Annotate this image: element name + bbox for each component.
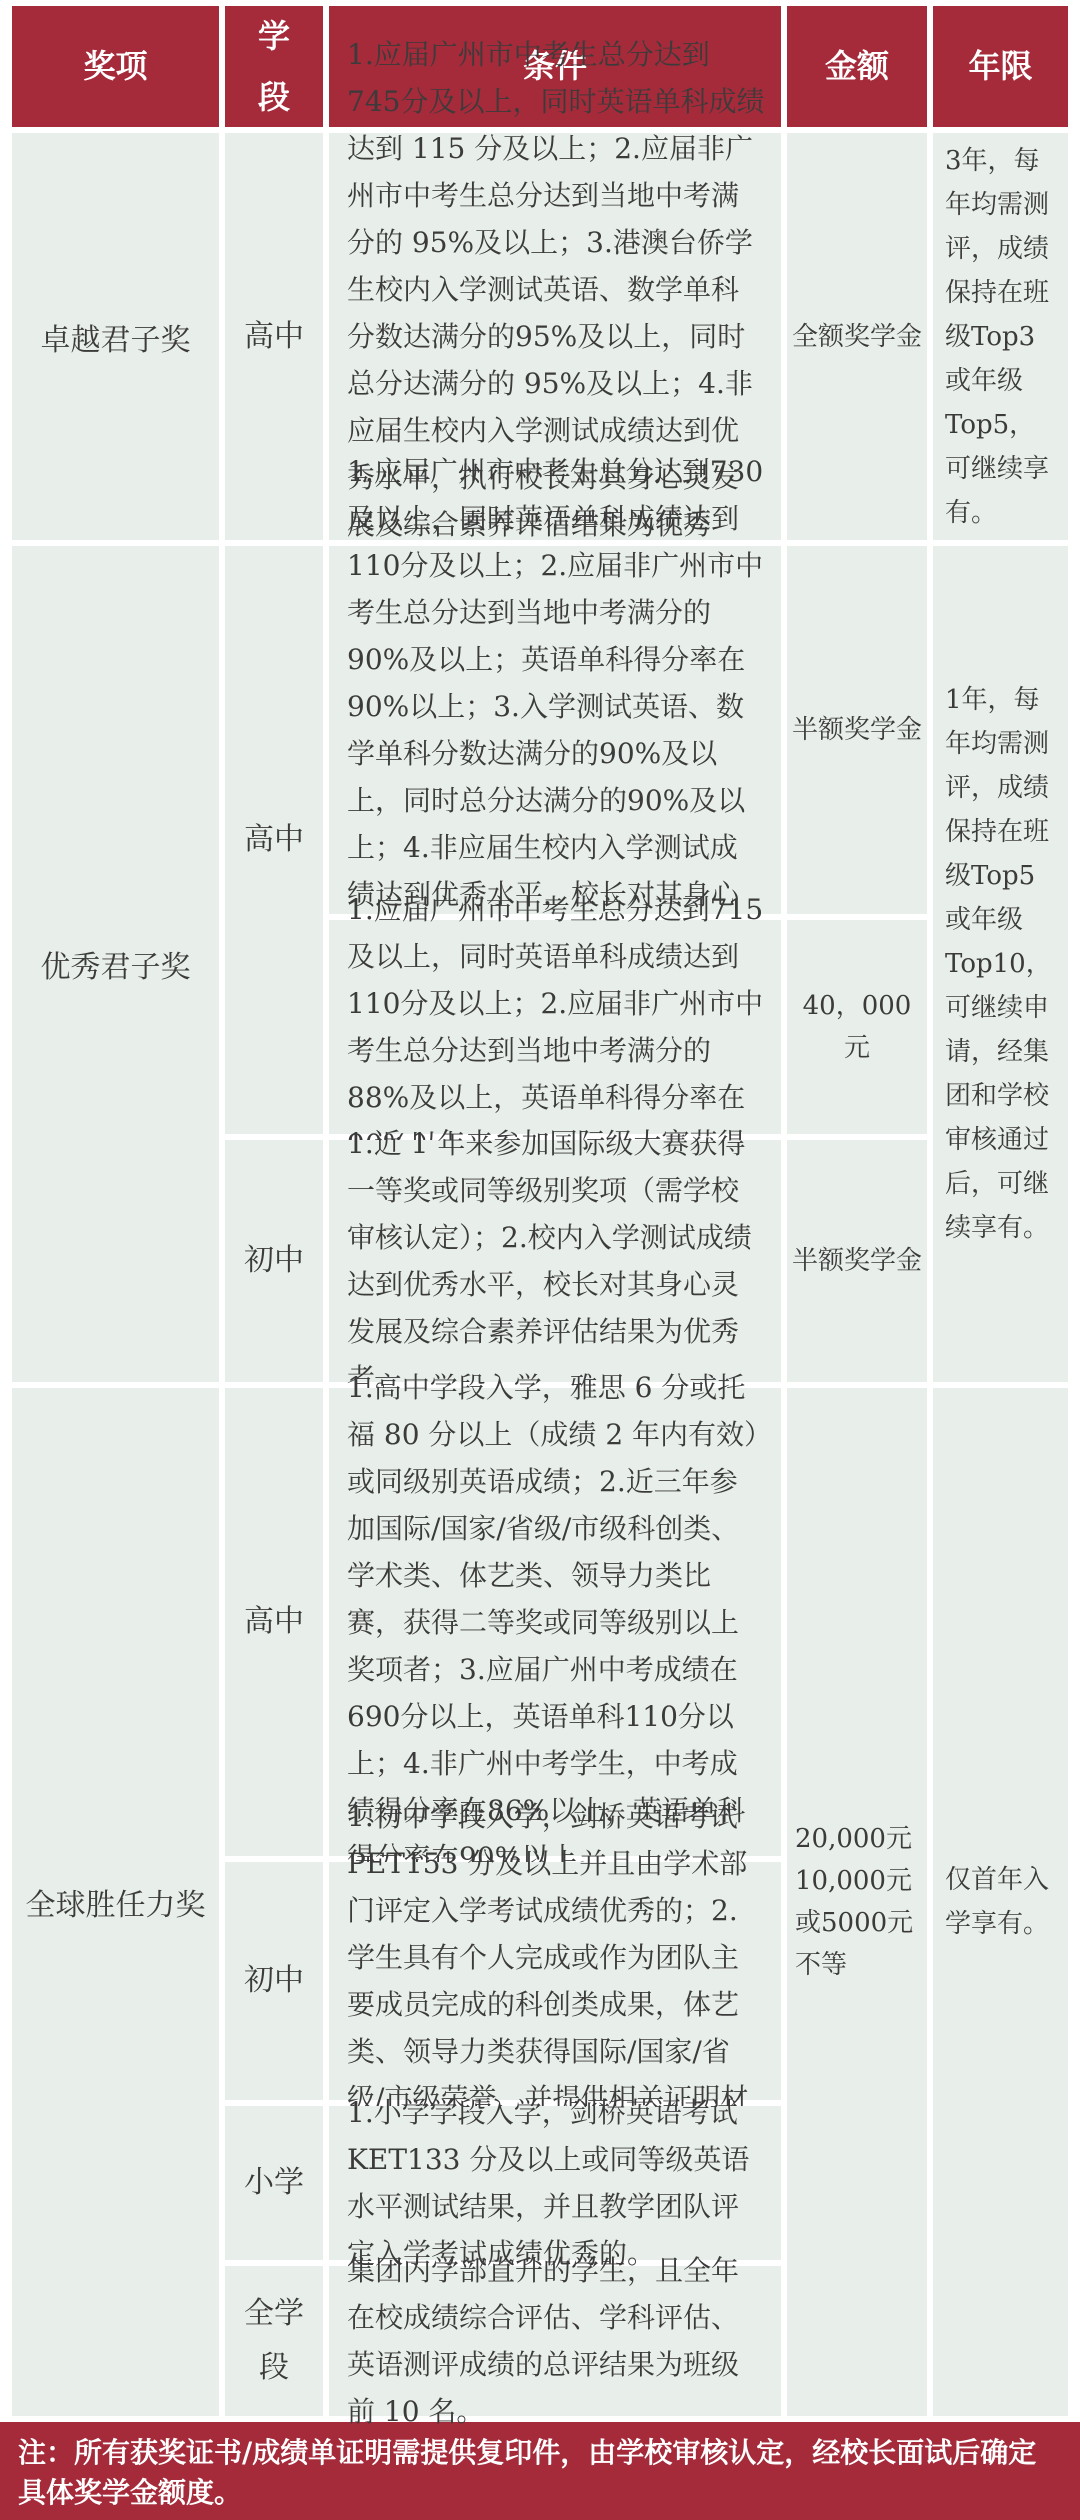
duration-cell-s1: 3年，每年均需测评，成绩保持在班级Top3或年级Top5，可继续享有。 xyxy=(933,133,1068,540)
header-cell-award: 奖项 xyxy=(12,6,219,127)
stage-label: 初中 xyxy=(244,1954,304,2008)
amount-line-2: 10,000元 xyxy=(795,1860,923,1902)
condition-text: 1.近 1 年来参加国际级大赛获得一等奖或同等级别奖项（需学校审核认定）；2.校… xyxy=(347,1120,765,1402)
header-cell-amount: 金额 xyxy=(787,6,927,127)
amount-line-1: 20,000元 xyxy=(795,1818,923,1860)
stage-cell-s2-middleschool: 初中 xyxy=(225,1140,323,1382)
stage-cell-s2-highschool: 高中 xyxy=(225,546,323,1134)
scholarship-table: 奖项 学段 条件 金额 年限 卓越君子奖 高中 1.应届广州市中考生总分达到 7… xyxy=(12,6,1068,2416)
stage-label: 小学 xyxy=(244,2156,304,2210)
amount-text: 全额奖学金 xyxy=(792,316,922,358)
note-text: 注：所有获奖证书/成绩单证明需提供复印件，由学校审核认定，经校长面试后确定具体奖… xyxy=(18,2431,1062,2511)
condition-cell-s3-r4: 集团内学部直升的学生，且全年在校成绩综合评估、学科评估、英语测评成绩的总评结果为… xyxy=(329,2266,781,2416)
duration-text: 仅首年入学享有。 xyxy=(945,1858,1060,1946)
duration-cell-s2: 1年，每年均需测评，成绩保持在班级Top5或年级Top10，可继续申请，经集团和… xyxy=(933,546,1068,1382)
amount-text: 半额奖学金 xyxy=(792,709,922,751)
header-award-label: 奖项 xyxy=(83,36,147,97)
amount-line-3: 或5000元不等 xyxy=(795,1902,923,1986)
stage-cell-s3-highschool: 高中 xyxy=(225,1388,323,1856)
header-stage-label: 学段 xyxy=(247,6,301,128)
stage-cell-s1-highschool: 高中 xyxy=(225,133,323,540)
stage-label: 高中 xyxy=(244,813,304,867)
condition-text: 集团内学部直升的学生，且全年在校成绩综合评估、学科评估、英语测评成绩的总评结果为… xyxy=(347,2247,765,2435)
amount-text: 40，000元 xyxy=(791,985,923,1069)
stage-label: 全学段 xyxy=(237,2287,311,2395)
header-duration-label: 年限 xyxy=(968,36,1032,97)
award-label: 全球胜任力奖 xyxy=(26,1880,206,1924)
stage-cell-s3-primary: 小学 xyxy=(225,2106,323,2260)
award-label: 卓越君子奖 xyxy=(41,315,191,359)
stage-label: 高中 xyxy=(244,1595,304,1649)
amount-cell-s2-r3: 半额奖学金 xyxy=(787,1140,927,1382)
amount-cell-s2-r2: 40，000元 xyxy=(787,920,927,1134)
award-cell-global-competence: 全球胜任力奖 xyxy=(12,1388,219,2416)
note-bar: 注：所有获奖证书/成绩单证明需提供复印件，由学校审核认定，经校长面试后确定具体奖… xyxy=(0,2422,1080,2520)
condition-cell-s3-r3: 1.小学学段入学，剑桥英语考试 KET133 分及以上或同等级英语水平测试结果，… xyxy=(329,2106,781,2260)
amount-text: 半额奖学金 xyxy=(792,1240,922,1282)
stage-label: 初中 xyxy=(244,1234,304,1288)
header-cell-stage: 学段 xyxy=(225,6,323,127)
amount-cell-s1: 全额奖学金 xyxy=(787,133,927,540)
stage-cell-s3-middleschool: 初中 xyxy=(225,1862,323,2100)
duration-text: 1年，每年均需测评，成绩保持在班级Top5或年级Top10，可继续申请，经集团和… xyxy=(945,678,1060,1250)
stage-cell-s3-allstages: 全学段 xyxy=(225,2266,323,2416)
amount-cell-s3: 20,000元 10,000元 或5000元不等 xyxy=(787,1388,927,2416)
duration-text: 3年，每年均需测评，成绩保持在班级Top3或年级Top5，可继续享有。 xyxy=(945,139,1060,535)
amount-lines: 20,000元 10,000元 或5000元不等 xyxy=(795,1818,923,1986)
stage-label: 高中 xyxy=(244,310,304,364)
award-label: 优秀君子奖 xyxy=(41,942,191,986)
header-cell-duration: 年限 xyxy=(933,6,1068,127)
condition-cell-s3-r1: 1.高中学段入学，雅思 6 分或托福 80 分以上（成绩 2 年内有效）或同级别… xyxy=(329,1388,781,1856)
condition-cell-s2-r2: 1.应届广州市中考生总分达到715及以上，同时英语单科成绩达到110分及以上；2… xyxy=(329,920,781,1134)
award-cell-outstanding: 优秀君子奖 xyxy=(12,546,219,1382)
condition-cell-s2-r1: 1.应届广州市中考生总分达到730及以上，同时英语单科成绩达到110分及以上；2… xyxy=(329,546,781,914)
award-cell-excellence: 卓越君子奖 xyxy=(12,133,219,540)
header-amount-label: 金额 xyxy=(825,36,889,97)
amount-cell-s2-r1: 半额奖学金 xyxy=(787,546,927,914)
condition-cell-s2-r3: 1.近 1 年来参加国际级大赛获得一等奖或同等级别奖项（需学校审核认定）；2.校… xyxy=(329,1140,781,1382)
condition-cell-s3-r2: 1.初中学段入学，剑桥英语考试 PET153 分及以上并且由学术部门评定入学考试… xyxy=(329,1862,781,2100)
duration-cell-s3: 仅首年入学享有。 xyxy=(933,1388,1068,2416)
